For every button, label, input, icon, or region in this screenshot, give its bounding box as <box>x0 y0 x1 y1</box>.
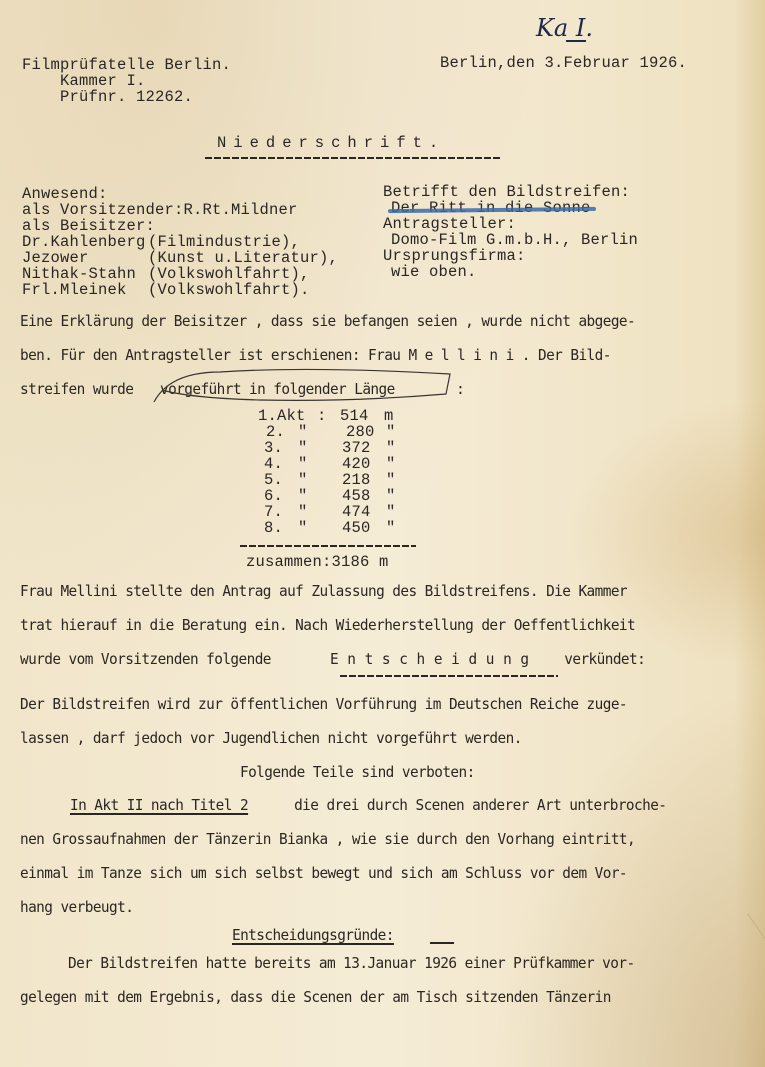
document-page: Ka I. Filmprüfatelle Berlin. Kammer I. P… <box>0 0 765 1067</box>
act-label: 3. <box>264 440 283 456</box>
assessor-name: Jezower <box>22 250 89 266</box>
pencil-circle-mark <box>150 368 460 406</box>
act-label: 1.Akt <box>258 408 306 424</box>
paragraph-line: Der Bildstreifen hatte bereits am 13.Jan… <box>68 955 635 971</box>
origin-value: wie oben. <box>391 264 477 280</box>
act-label: 8. <box>264 520 283 536</box>
act-unit: " <box>386 504 396 520</box>
forbidden-part-ref: In Akt II nach Titel 2 <box>70 797 248 813</box>
act-unit: " <box>386 488 396 504</box>
act-unit: " <box>386 424 396 440</box>
paragraph-line: Eine Erklärung der Beisitzer , dass sie … <box>20 313 635 329</box>
act-unit: " <box>386 520 396 536</box>
act-sep: " <box>298 472 308 488</box>
act-label: 6. <box>264 488 283 504</box>
assessor-field: (Filmindustrie), <box>148 234 300 250</box>
act-length: 458 <box>342 488 371 504</box>
assessor-name: Dr.Kahlenberg <box>22 234 146 250</box>
decision-keyword: Entscheidung <box>330 651 538 667</box>
act-unit: " <box>386 456 396 472</box>
paragraph-line: Der Bildstreifen wird zur öffentlichen V… <box>20 696 627 712</box>
paragraph-line: Frau Mellini stellte den Antrag auf Zula… <box>20 583 627 599</box>
forbidden-heading: Folgende Teile sind verboten: <box>240 764 475 780</box>
act-unit: m <box>384 408 394 424</box>
act-sep: : <box>317 408 327 424</box>
act-length: 420 <box>342 456 371 472</box>
act-label: 4. <box>264 456 283 472</box>
act-sep: " <box>298 520 308 536</box>
handwritten-annotation: Ka I. <box>536 14 593 42</box>
assessor-name: Nithak-Stahn <box>22 266 136 282</box>
paragraph-line: die drei durch Scenen anderer Art unterb… <box>286 797 666 813</box>
paragraph-line: lassen , darf jedoch vor Jugendlichen ni… <box>20 730 522 746</box>
act-unit: " <box>386 440 396 456</box>
act-label: 5. <box>264 472 283 488</box>
act-length: 514 <box>340 408 369 424</box>
assessors-label: als Beisitzer: <box>22 218 155 234</box>
attendance-label: Anwesend: <box>22 186 108 202</box>
act-length: 474 <box>342 504 371 520</box>
total-length: zusammen:3186 m <box>246 554 389 570</box>
paragraph-line: ben. Für den Antragsteller ist erschiene… <box>20 347 611 363</box>
act-sep: " <box>298 504 308 520</box>
subject-label: Betrifft den Bildstreifen: <box>383 184 630 200</box>
origin-label: Ursprungsfirma: <box>383 248 526 264</box>
act-label: 7. <box>264 504 283 520</box>
act-length: 218 <box>342 472 371 488</box>
document-title: Niederschrift. <box>217 135 445 151</box>
chamber-label: Kammer I. <box>60 73 146 89</box>
test-number: Prüfnr. 12262. <box>60 89 193 105</box>
applicant-label: Antragsteller: <box>383 216 516 232</box>
act-sep: " <box>298 456 308 472</box>
act-unit: " <box>386 472 396 488</box>
paragraph-line: einmal im Tanze sich um sich selbst bewe… <box>20 865 627 881</box>
paragraph-line: gelegen mit dem Ergebnis, dass die Scene… <box>20 989 611 1005</box>
decision-underline <box>340 675 558 677</box>
paragraph-line: trat hierauf in die Beratung ein. Nach W… <box>20 617 635 633</box>
act-sep: " <box>298 488 308 504</box>
paragraph-line: hang verbeugt. <box>20 899 133 915</box>
place-date: Berlin,den 3.Februar 1926. <box>440 55 687 71</box>
act-sep: " <box>298 424 308 440</box>
office-name: Filmprüfatelle Berlin. <box>22 57 231 73</box>
paragraph-line: streifen wurde <box>20 381 133 397</box>
sum-divider <box>240 545 416 547</box>
paragraph-line: verkündet: <box>540 651 645 667</box>
act-label: 2. <box>266 424 285 440</box>
assessor-field: (Volkswohlfahrt), <box>148 266 310 282</box>
reasons-underline-tail <box>430 942 454 944</box>
assessor-field: (Kunst u.Literatur), <box>148 250 338 266</box>
applicant-value: Domo-Film G.m.b.H., Berlin <box>391 232 638 248</box>
paper-fold <box>747 913 765 1036</box>
act-length: 280 <box>346 424 375 440</box>
title-underline <box>205 157 501 159</box>
reasons-heading: Entscheidungsgründe: <box>232 927 394 943</box>
handwritten-underline <box>566 40 586 42</box>
paragraph-line: nen Grossaufnahmen der Tänzerin Bianka ,… <box>20 831 635 847</box>
paragraph-line: wurde vom Vorsitzenden folgende <box>20 651 279 667</box>
assessor-name: Frl.Mleinek <box>22 282 127 298</box>
act-length: 372 <box>342 440 371 456</box>
act-sep: " <box>298 440 308 456</box>
chair-line: als Vorsitzender:R.Rt.Mildner <box>22 202 298 218</box>
assessor-field: (Volkswohlfahrt). <box>148 282 310 298</box>
act-length: 450 <box>342 520 371 536</box>
